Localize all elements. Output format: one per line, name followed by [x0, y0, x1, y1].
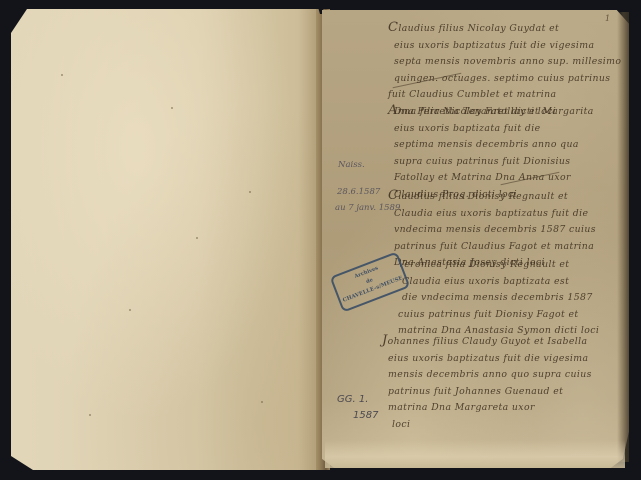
entry-line: vndecima mensis decembris 1587 cuius — [388, 222, 596, 239]
entry-line: Fatollay et Matrina Dna Anna uxor — [388, 170, 594, 187]
margin-note: au 7 janv. 1589 — [335, 201, 400, 215]
entry-line: quingen. octuages. septimo cuius patrinu… — [388, 71, 621, 88]
entry-line: septa mensis novembris anno sup. millesi… — [388, 54, 621, 71]
entry-line: fuit Claudius Cumblet et matrina — [388, 87, 621, 104]
shelfmark-code: GG. 1. — [337, 393, 368, 407]
register-entry-4: Veronica filia Dionisy Regnault et Claud… — [398, 257, 599, 340]
entry-line: cuius patrinus fuit Dionisy Fagot et — [398, 307, 599, 324]
entry-line: Johannes filius Claudy Guyot et Isabella — [382, 333, 592, 351]
frayed-bottom-edge — [325, 440, 625, 468]
entry-line: eius uxoris baptizatus fuit die vigesima — [382, 351, 592, 368]
entry-line: Claudius filius Dionisy Regnault et — [388, 188, 596, 206]
shelfmark-year: 1587 — [353, 409, 378, 423]
left-page-flyleaf — [11, 9, 323, 470]
margin-note: Naiss. — [338, 158, 365, 172]
paper-speck — [61, 74, 63, 76]
entry-line: septima mensis decembris anno qua — [388, 137, 594, 154]
entry-line: patrinus fuit Claudius Fagot et matrina — [388, 239, 596, 256]
entry-line: matrina Dna Margareta uxor — [382, 400, 592, 417]
entry-line: mensis decembris anno quo supra cuius — [382, 367, 592, 384]
paper-speck — [129, 309, 131, 311]
entry-line: supra cuius patrinus fuit Dionisius — [388, 154, 594, 171]
entry-line: die vndecima mensis decembris 1587 — [398, 290, 599, 307]
entry-line: patrinus fuit Johannes Guenaud et — [382, 384, 592, 401]
margin-note: 28.6.1587 — [337, 185, 380, 199]
paper-speck — [249, 191, 251, 193]
entry-line: eius uxoris baptizata fuit die — [388, 121, 594, 138]
entry-line: eius uxoris baptizatus fuit die vigesima — [388, 38, 621, 55]
paper-speck — [171, 107, 173, 109]
paper-speck — [89, 414, 91, 416]
entry-line: Claudius filius Nicolay Guydat et — [388, 20, 621, 38]
paper-speck — [261, 401, 263, 403]
entry-line: Anna filia Nicolay Fatollay et Margarita — [388, 103, 594, 121]
entry-line: loci — [382, 417, 592, 434]
entry-line: Claudia eius uxoris baptizata est — [398, 274, 599, 291]
paper-speck — [196, 237, 198, 239]
entry-line: Veronica filia Dionisy Regnault et — [398, 257, 599, 274]
entry-line: Claudia eius uxoris baptizatus fuit die — [388, 206, 596, 223]
register-entry-5: Johannes filius Claudy Guyot et Isabella… — [382, 333, 592, 433]
